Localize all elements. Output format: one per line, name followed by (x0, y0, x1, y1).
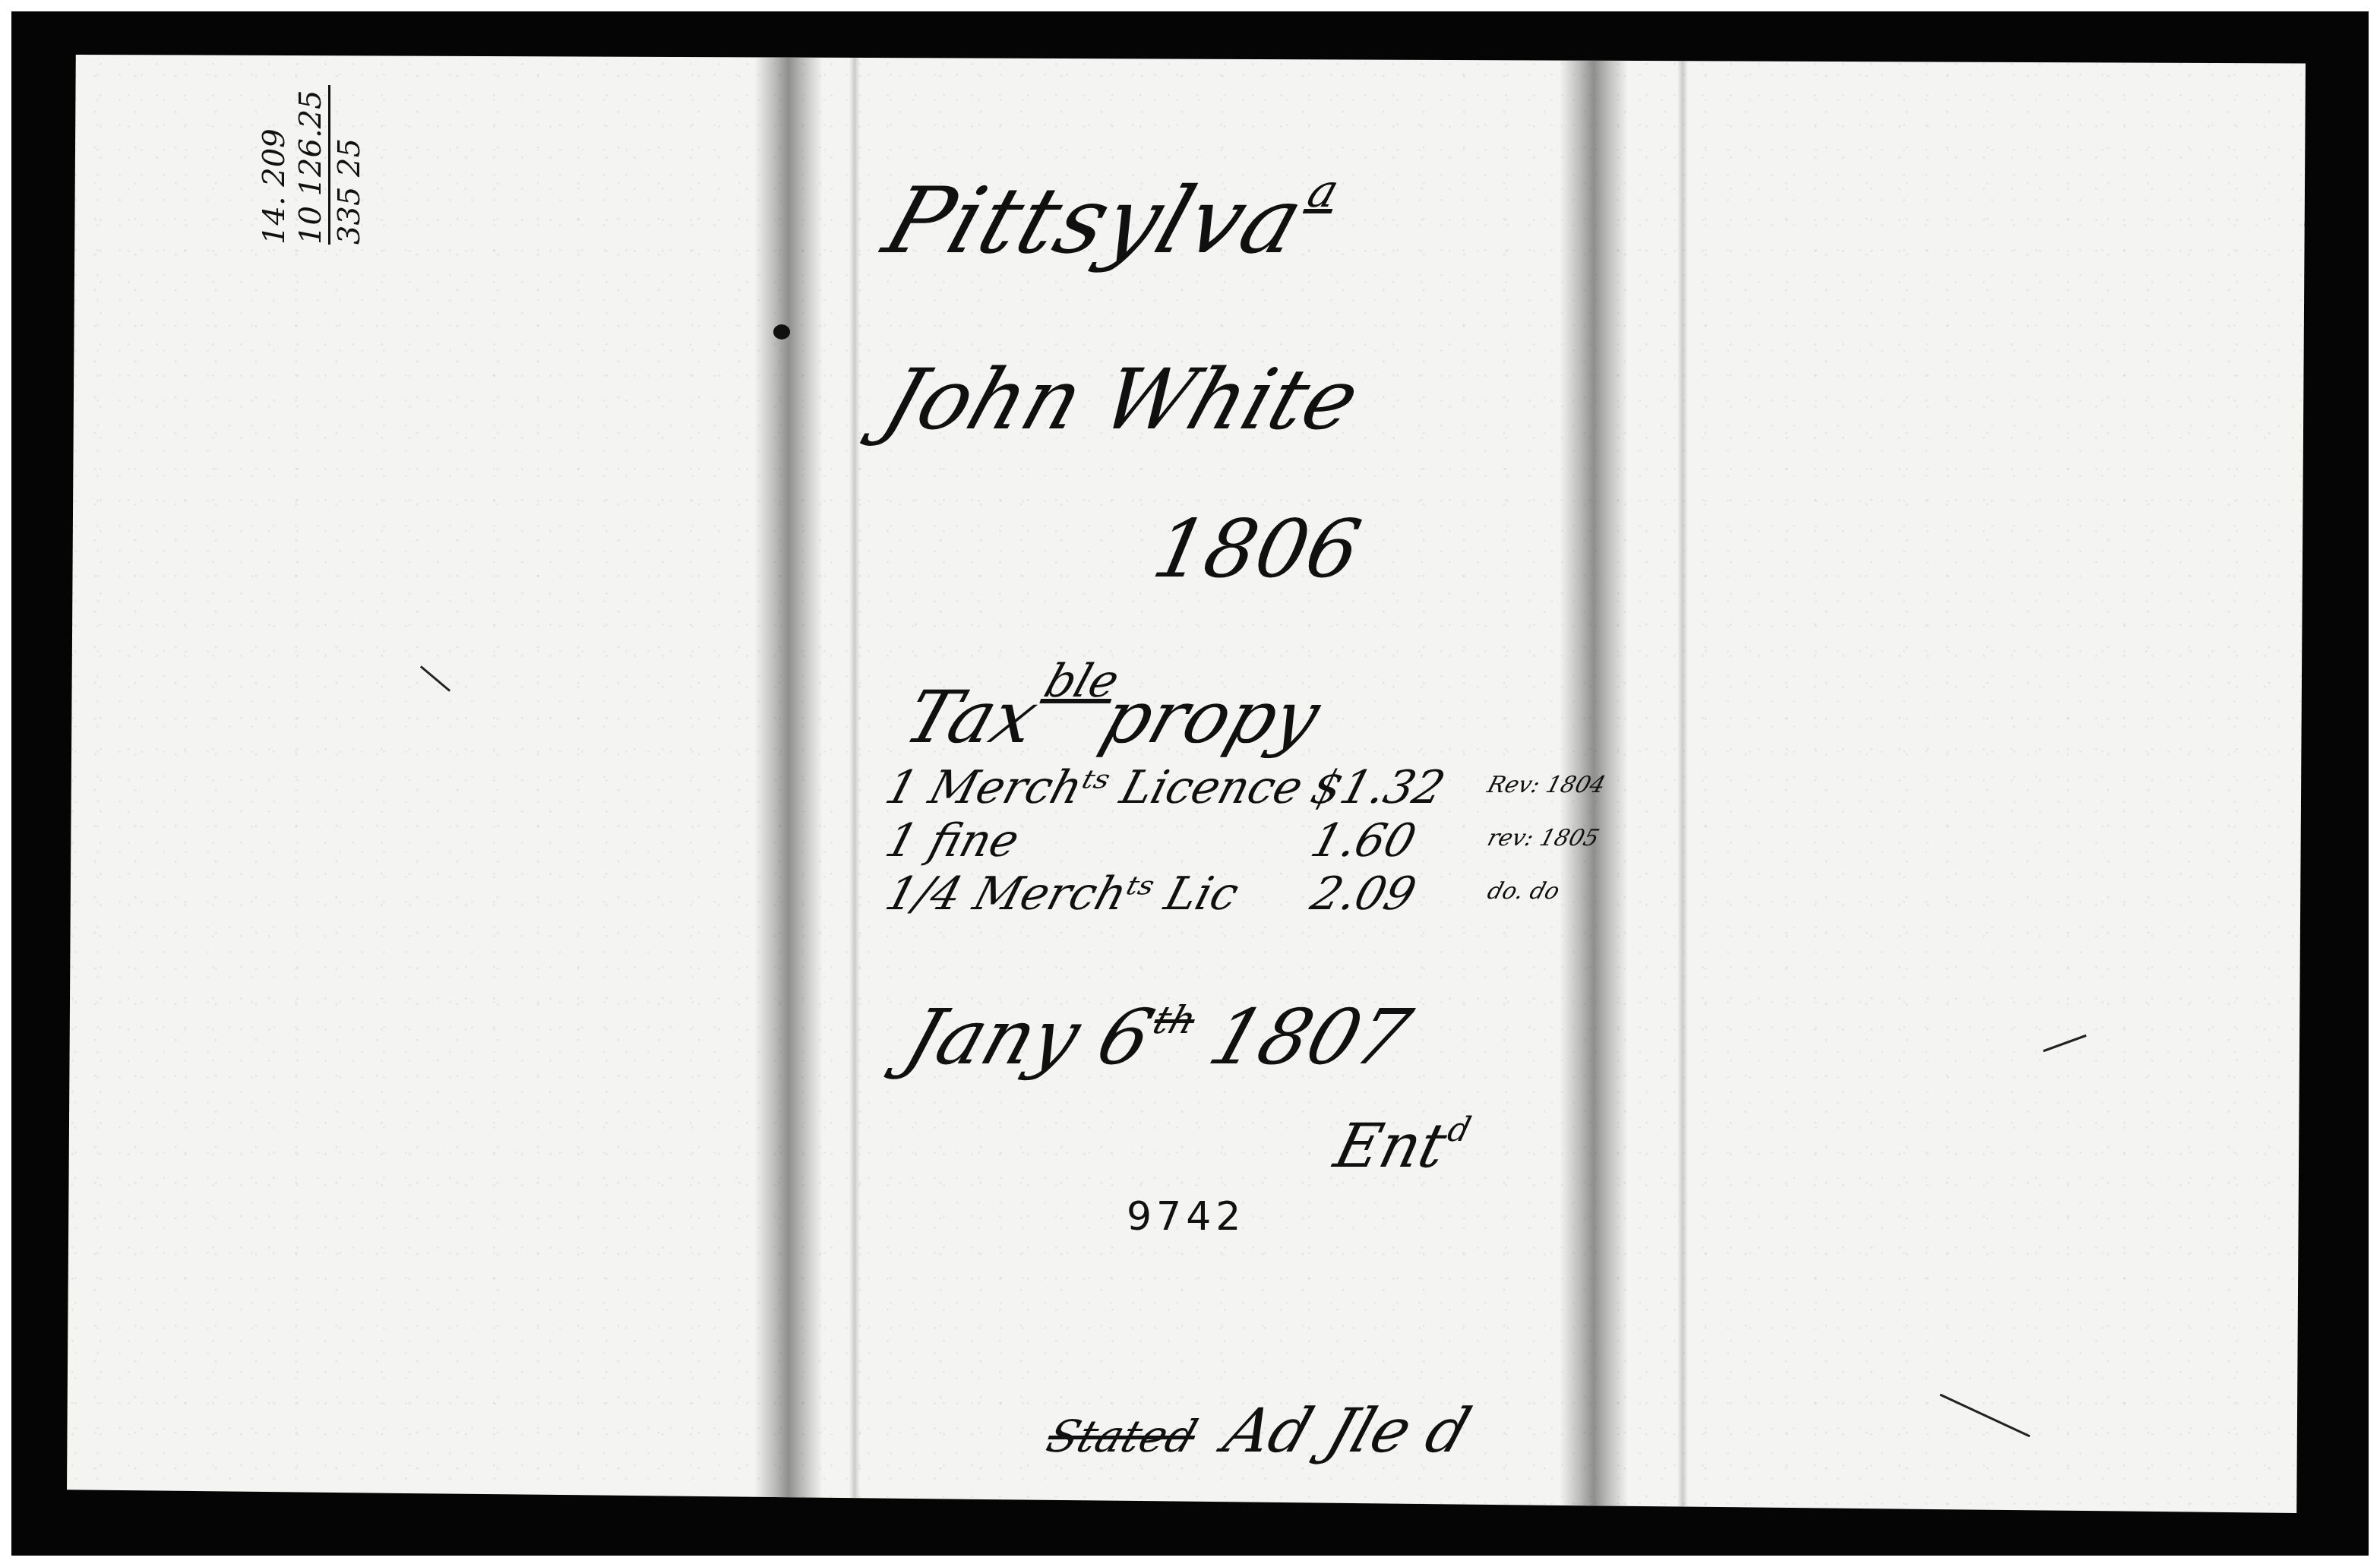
entry-amount: 2.09 (1305, 867, 1495, 921)
tax-entry: 1 Merchᵗˢ Licence$1.32Rev: 1804 (880, 761, 1611, 814)
record-heading: Taxblepropy (895, 655, 1337, 760)
tax-entry: 1/4 Merchᵗˢ Lic2.09do. do (880, 867, 1611, 921)
entry-note: Rev: 1804 (1484, 772, 1608, 798)
county-name: Pittsylva (872, 169, 1317, 274)
date-year: 1807 (1199, 993, 1421, 1082)
county-title: Pittsylvaa (872, 165, 1347, 274)
entry-note: do. do (1484, 878, 1563, 905)
entry-amount: $1.32 (1305, 761, 1495, 814)
taxpayer-name: John White (872, 351, 1371, 448)
entry-amount: 1.60 (1305, 814, 1495, 867)
tax-year: 1806 (1146, 503, 1368, 596)
signature-prefix: Stated (1041, 1411, 1203, 1462)
ink-blot (773, 324, 790, 340)
heading-word: Tax (895, 676, 1048, 760)
entry-description: 1/4 Merchᵗˢ Lic (880, 867, 1320, 921)
entry-description: 1 fine (880, 814, 1320, 867)
heading-tail: propy (1092, 676, 1330, 760)
clerk-signature: StatedAd Jle d (1039, 1395, 1479, 1466)
document-page: 14. 209 10 126.25 335 25 46 Pittsylvaa J… (67, 55, 2306, 1513)
tax-entries: 1 Merchᵗˢ Licence$1.32Rev: 1804 1 fine1.… (887, 761, 1604, 921)
archive-stamp-number: 9742 (1127, 1194, 1245, 1240)
entered-mark: Entd (1328, 1110, 1474, 1181)
entry-note: rev: 1805 (1484, 825, 1602, 851)
margin-calculation: 14. 209 10 126.25 335 25 (257, 85, 367, 245)
fold-crease-left (754, 55, 823, 1513)
entered-text: Ent (1328, 1110, 1453, 1181)
entry-date: Jany 6th 1807 (895, 993, 1421, 1082)
margin-line-1: 14. 209 (257, 85, 292, 245)
signature-name: Ad Jle d (1215, 1395, 1478, 1466)
margin-line-2: 10 126.25 (293, 85, 330, 245)
date-month: Jany (895, 993, 1092, 1082)
fold-line (1677, 55, 1688, 1513)
page-number: 46 (2298, 197, 2306, 234)
fold-line (849, 55, 860, 1513)
tax-entry: 1 fine1.60rev: 1805 (880, 814, 1611, 867)
margin-line-3: 335 25 (332, 85, 367, 245)
entry-description: 1 Merchᵗˢ Licence (880, 761, 1320, 814)
